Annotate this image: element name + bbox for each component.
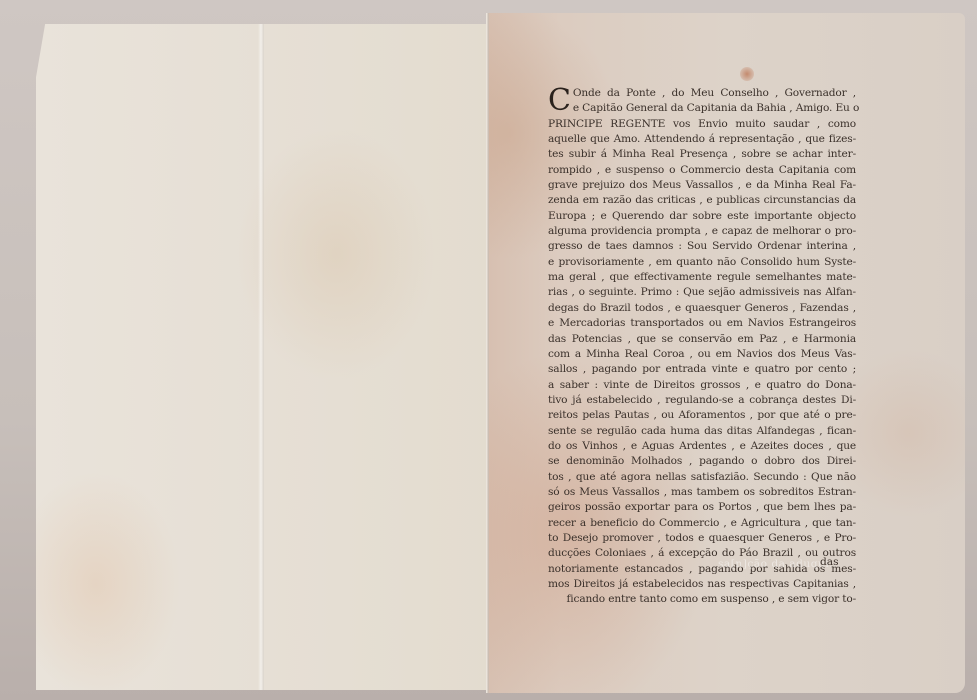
text-line: recer a beneficio do Commercio , e Agric… <box>548 516 856 531</box>
text-line: com a Minha Real Coroa , ou em Navios do… <box>548 347 856 362</box>
first-line-text: Onde da Ponte , do Meu Conselho , Govern… <box>573 87 856 99</box>
text-line: tes subir á Minha Real Presença , sobre … <box>548 147 856 162</box>
text-line: rias , o seguinte. Primo : Que sejão adm… <box>548 285 856 300</box>
text-line: sente se regulão cada huma das ditas Alf… <box>548 424 856 439</box>
text-line: Europa ; e Querendo dar sobre este impor… <box>548 209 856 224</box>
text-line: aquelle que Amo. Attendendo á representa… <box>548 132 856 147</box>
text-line: alguma providencia prompta , e capaz de … <box>548 224 856 239</box>
text-line: tos , que até agora nellas satisfazião. … <box>548 470 856 485</box>
text-line: e provisoriamente , em quanto não Consol… <box>548 255 856 270</box>
text-line: tivo já estabelecido , regulando-se a co… <box>548 393 856 408</box>
first-line: COnde da Ponte , do Meu Conselho , Gover… <box>548 86 856 101</box>
text-line: das Potencias , que se conservão em Paz … <box>548 332 856 347</box>
document-body: COnde da Ponte , do Meu Conselho , Gover… <box>548 86 856 608</box>
text-line: do os Vinhos , e Aguas Ardentes , e Azei… <box>548 439 856 454</box>
text-line: ficando entre tanto como em suspenso , e… <box>548 592 856 607</box>
text-line: ma geral , que effectivamente regule sem… <box>548 270 856 285</box>
text-line: rompido , e suspenso o Commercio desta C… <box>548 163 856 178</box>
text-line: se denominão Molhados , pagando o dobro … <box>548 454 856 469</box>
text-line: a saber : vinte de Direitos grossos , e … <box>548 378 856 393</box>
text-line: zenda em razão das criticas , e publicas… <box>548 193 856 208</box>
foxing-stain <box>740 67 754 81</box>
left-page-blank <box>36 24 492 690</box>
text-line: geiros possão exportar para os Portos , … <box>548 500 856 515</box>
text-line: e Mercadorias transportados ou em Navios… <box>548 316 856 331</box>
drop-cap: C <box>548 88 571 114</box>
text-line: gresso de taes damnos : Sou Servido Orde… <box>548 239 856 254</box>
catchword: das <box>820 556 839 568</box>
text-line: mos Direitos já estabelecidos nas respec… <box>548 577 856 592</box>
text-line: reitos pelas Pautas , ou Aforamentos , p… <box>548 408 856 423</box>
text-line: grave prejuizo dos Meus Vassallos , e da… <box>548 178 856 193</box>
text-line: degas do Brazil todos , e quaesquer Gene… <box>548 301 856 316</box>
text-line: sallos , pagando por entrada vinte e qua… <box>548 362 856 377</box>
text-line: e Capitão General da Capitania da Bahia … <box>548 101 856 116</box>
text-line: só os Meus Vassallos , mas tambem os sob… <box>548 485 856 500</box>
text-line: PRINCIPE REGENTE vos Envio muito saudar … <box>548 117 856 132</box>
fold-crease <box>258 24 264 690</box>
text-line: to Desejo promover , todos e quaesquer G… <box>548 531 856 546</box>
